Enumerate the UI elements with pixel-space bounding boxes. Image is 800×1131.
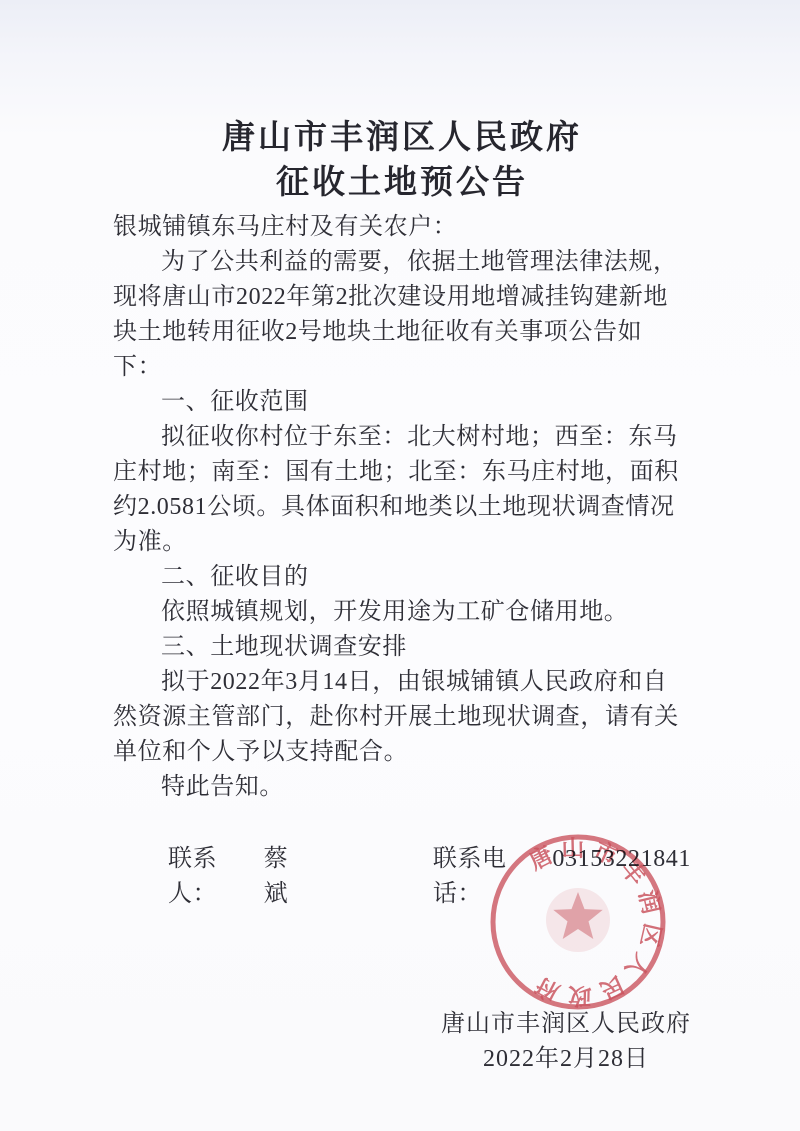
section-heading-3: 三、土地现状调查安排: [113, 630, 691, 665]
scanned-announcement-page: 唐山市丰润区人民政府 征收土地预公告 银城铺镇东马庄村及有关农户： 为了公共利益…: [0, 0, 800, 1131]
title-line-1: 唐山市丰润区人民政府: [113, 116, 691, 161]
section-heading-1: 一、征收范围: [113, 385, 691, 420]
signature-block: 唐山市丰润区人民政府 2022年2月28日: [441, 1007, 691, 1077]
document-title: 唐山市丰润区人民政府 征收土地预公告: [113, 116, 691, 206]
closing-line: 特此告知。: [113, 770, 691, 805]
signature-date: 2022年2月28日: [441, 1042, 691, 1077]
contact-row: 联系人： 蔡 斌 联系电话： 03153221841: [168, 842, 691, 912]
document-body: 唐山市丰润区人民政府 征收土地预公告 银城铺镇东马庄村及有关农户： 为了公共利益…: [113, 116, 691, 1077]
title-line-2: 征收土地预公告: [113, 161, 691, 206]
contact-person-name: 蔡 斌: [264, 842, 318, 912]
section-heading-2: 二、征收目的: [113, 560, 691, 595]
contact-phone-label: 联系电话：: [433, 842, 553, 912]
body-paragraph: 为了公共利益的需要，依据土地管理法律法规，现将唐山市2022年第2批次建设用地增…: [113, 245, 691, 385]
contact-phone-number: 03153221841: [552, 842, 691, 877]
body-paragraph: 拟征收你村位于东至：北大树村地；西至：东马庄村地；南至：国有土地；北至：东马庄村…: [113, 420, 691, 560]
salutation: 银城铺镇东马庄村及有关农户：: [113, 210, 691, 245]
body-paragraph: 依照城镇规划，开发用途为工矿仓储用地。: [113, 595, 691, 630]
signature-issuer: 唐山市丰润区人民政府: [441, 1007, 691, 1042]
body-paragraph: 拟于2022年3月14日，由银城铺镇人民政府和自然资源主管部门，赴你村开展土地现…: [113, 665, 691, 770]
contact-person-label: 联系人：: [168, 842, 264, 912]
announcement-text: 银城铺镇东马庄村及有关农户： 为了公共利益的需要，依据土地管理法律法规，现将唐山…: [113, 210, 691, 805]
